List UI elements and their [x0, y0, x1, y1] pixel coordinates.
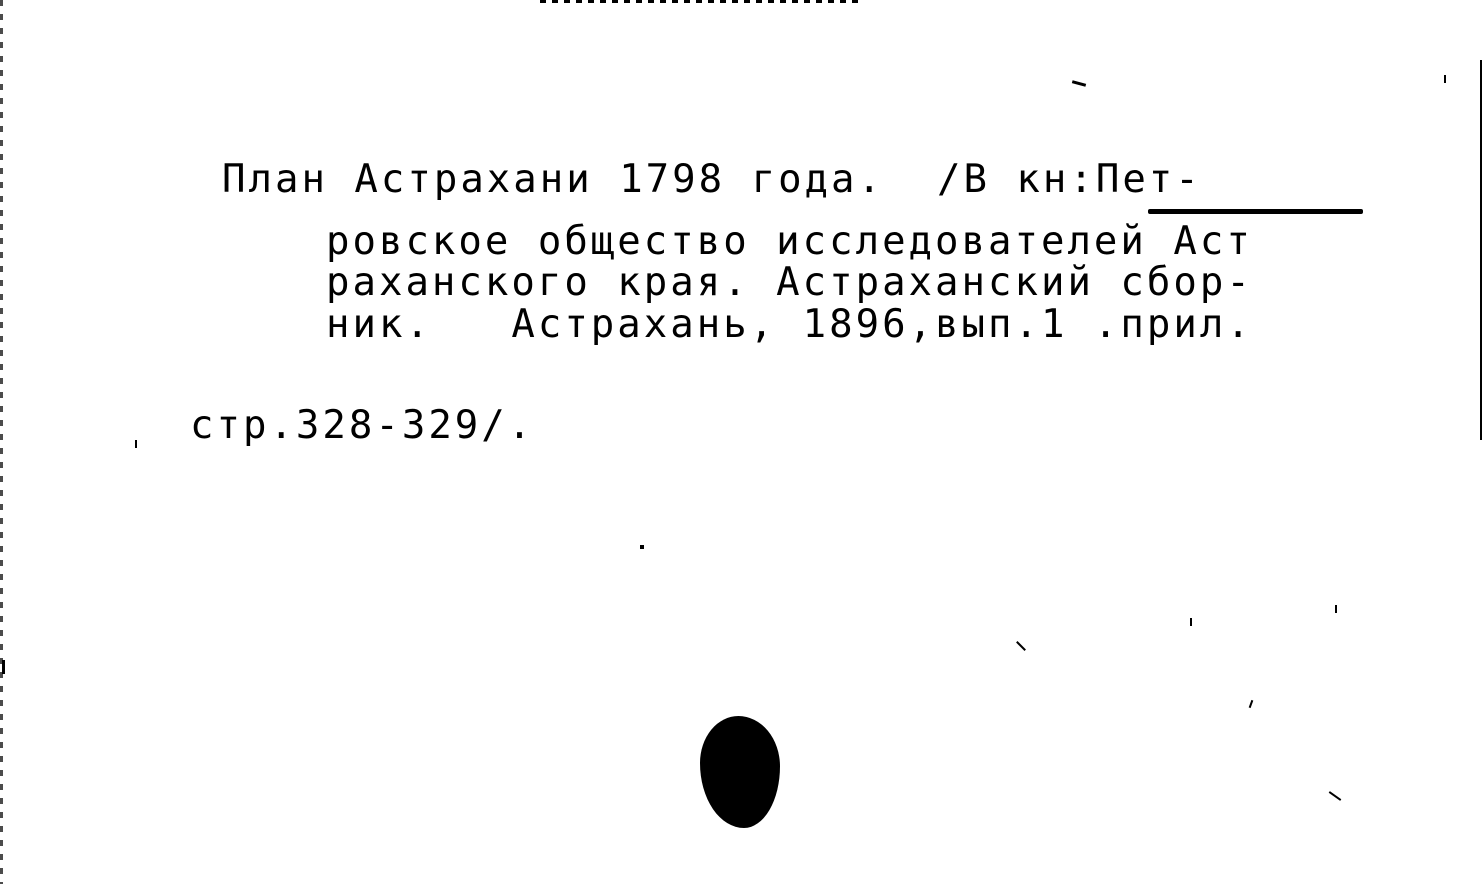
card-right-edge — [1480, 60, 1482, 440]
entry-line-2: ровское общество исследователей Аст — [326, 222, 1253, 261]
card-left-edge — [0, 0, 3, 884]
entry-line-1: План Астрахани 1798 года. /В кн:Пет- — [222, 160, 1202, 199]
speck — [1329, 791, 1342, 801]
speck — [1444, 75, 1446, 83]
entry-line-4: ник. Астрахань, 1896,вып.1 .прил. — [326, 305, 1253, 344]
pages-line: стр.328-329/. — [190, 406, 534, 445]
speck — [1072, 80, 1086, 87]
ink-blot — [700, 716, 780, 828]
speck — [1249, 700, 1254, 708]
entry-line-3: раханского края. Астраханский сбор- — [326, 263, 1253, 302]
speck — [1190, 618, 1192, 626]
speck — [135, 440, 137, 448]
catalog-card: План Астрахани 1798 года. /В кн:Пет- ров… — [0, 0, 1484, 884]
speck — [640, 545, 644, 549]
speck — [1016, 641, 1026, 651]
underline-mark — [1148, 209, 1363, 214]
speck — [2, 660, 5, 674]
top-scan-marks — [540, 0, 860, 3]
speck — [1335, 605, 1337, 613]
